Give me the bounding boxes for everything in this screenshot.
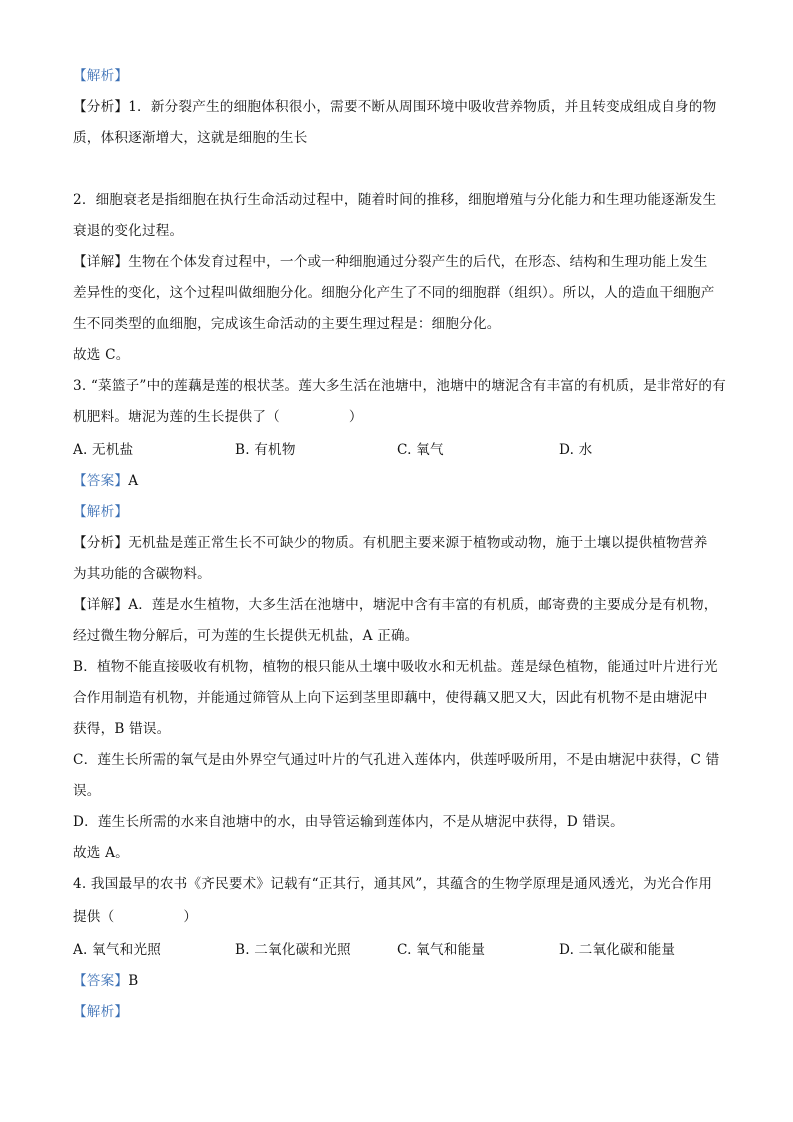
jiexi-label: 【解析】 <box>73 66 128 86</box>
question-4-stem: 提供（ ） <box>73 907 197 927</box>
xiangjie-paragraph-line: 【详解】A．莲是水生植物，大多生活在池塘中，塘泥中含有丰富的有机质，邮寄费的主要… <box>73 595 718 615</box>
answer-line: 【答案】A <box>73 471 138 491</box>
conclusion: 故选 C。 <box>73 345 130 365</box>
option-d: D. 二氧化碳和能量 <box>559 940 675 960</box>
paragraph-line: 经过微生物分解后，可为莲的生长提供无机盐，A 正确。 <box>73 626 419 646</box>
xiangjie-label: 【详解】 <box>73 597 128 613</box>
paragraph-line: 合作用制造有机物，并能通过筛管从上向下运到茎里即藕中，使得藕又肥又大，因此有机物… <box>73 688 708 708</box>
answer-label: 【答案】 <box>73 473 128 489</box>
question-4-stem: 4. 我国最早的农书《齐民要术》记载有“正其行，通其风”，其蕴含的生物学原理是通… <box>73 874 712 894</box>
question-3-stem: 机肥料。塘泥为莲的生长提供了（ ） <box>73 407 363 427</box>
answer-value: A <box>128 473 138 489</box>
paragraph-line: 生不同类型的血细胞，完成该生命活动的主要生理过程是：细胞分化。 <box>73 314 501 334</box>
paragraph-line: 2．细胞衰老是指细胞在执行生命活动过程中，随着时间的推移，细胞增殖与分化能力和生… <box>73 190 716 210</box>
fenxi-label: 【分析】 <box>73 99 128 115</box>
fenxi-paragraph-line: 【分析】无机盐是莲正常生长不可缺少的物质。有机肥主要来源于植物或动物，施于土壤以… <box>73 533 708 553</box>
option-b: B. 有机物 <box>235 440 296 460</box>
paragraph-line: 误。 <box>73 781 101 801</box>
jiexi-label: 【解析】 <box>73 502 128 522</box>
option-a: A. 氧气和光照 <box>73 940 161 960</box>
conclusion: 故选 A。 <box>73 843 129 863</box>
xiangjie-label: 【详解】 <box>73 254 128 270</box>
paragraph-line: 衰退的变化过程。 <box>73 221 183 241</box>
paragraph-line: B．植物不能直接吸收有机物，植物的根只能从土壤中吸收水和无机盐。莲是绿色植物，能… <box>73 657 718 677</box>
option-b: B. 二氧化碳和光照 <box>235 940 351 960</box>
option-a: A. 无机盐 <box>73 440 133 460</box>
jiexi-label: 【解析】 <box>73 1002 128 1022</box>
paragraph-line: 获得，B 错误。 <box>73 719 170 739</box>
paragraph-line: D．莲生长所需的水来自池塘中的水，由导管运输到莲体内，不是从塘泥中获得，D 错误… <box>73 812 624 832</box>
answer-line: 【答案】B <box>73 971 138 991</box>
option-c: C. 氧气 <box>397 440 444 460</box>
option-d: D. 水 <box>559 440 592 460</box>
paragraph-line: 为其功能的含碳物料。 <box>73 564 211 584</box>
xiangjie-paragraph-line: 【详解】生物在个体发育过程中，一个或一种细胞通过分裂产生的后代，在形态、结构和生… <box>73 252 708 272</box>
option-c: C. 氧气和能量 <box>397 940 485 960</box>
fenxi-label: 【分析】 <box>73 535 128 551</box>
paragraph-line: 质，体积逐渐增大，这就是细胞的生长 <box>73 128 308 148</box>
paragraph-line: 差异性的变化，这个过程叫做细胞分化。细胞分化产生了不同的细胞群（组织）。所以，人… <box>73 283 715 303</box>
question-3-stem: 3. “菜篮子”中的莲藕是莲的根状茎。莲大多生活在池塘中，池塘中的塘泥含有丰富的… <box>73 376 726 396</box>
fenxi-paragraph-line: 【分析】1．新分裂产生的细胞体积很小，需要不断从周围环境中吸收营养物质，并且转变… <box>73 97 716 117</box>
answer-label: 【答案】 <box>73 973 128 989</box>
paragraph-line: C．莲生长所需的氧气是由外界空气通过叶片的气孔进入莲体内，供莲呼吸所用，不是由塘… <box>73 750 719 770</box>
answer-value: B <box>128 973 138 989</box>
